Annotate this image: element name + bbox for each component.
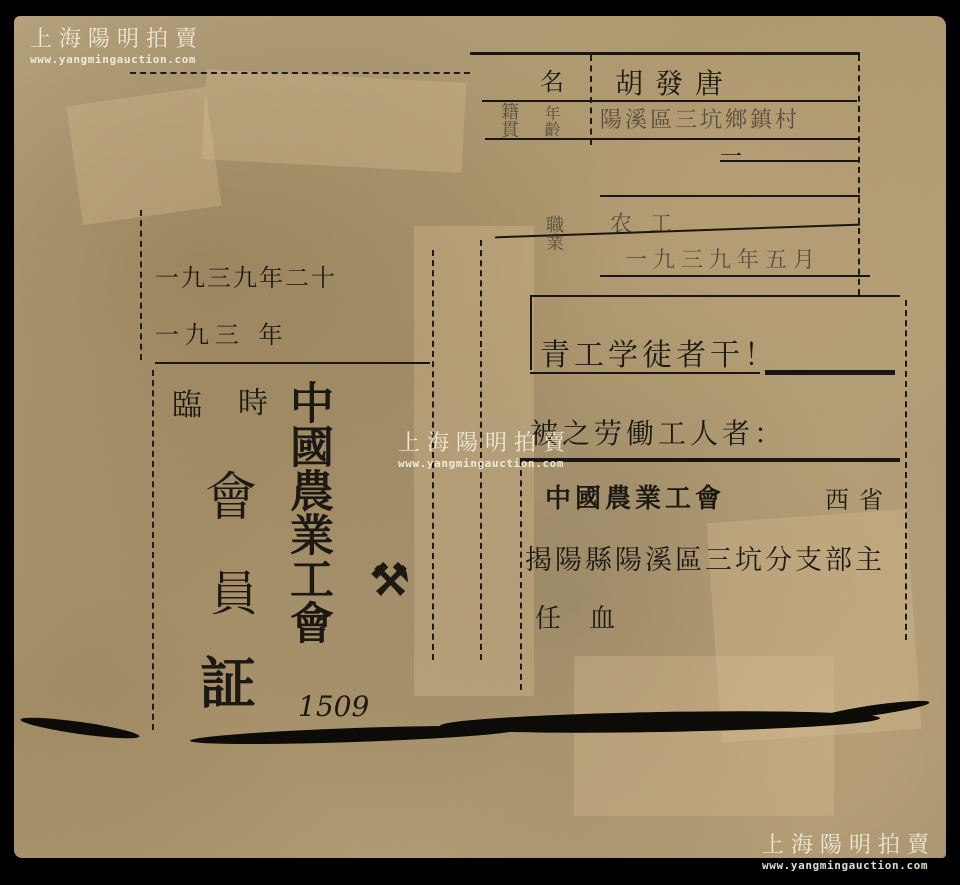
frame-line-top-right [470,52,860,55]
issuer-branch: 揭陽縣陽溪區三坑分支部主 [525,538,885,577]
title-char-shi: 時 [238,378,268,422]
watermark-center: 上海陽明拍賣 www.yangmingauction.com [398,426,572,470]
watermark-text: 上海陽明拍賣 [30,22,204,53]
frame-line-top-left [130,72,470,74]
issue-date-line-2: 一九三 年 [155,315,289,350]
member-native-place: 陽溪區三坑鄉鎮村 [600,103,800,134]
serial-number: 1509 [298,690,369,723]
title-char-zheng: 証 [200,640,256,720]
table-col-line [590,55,592,145]
member-age: 一 [720,140,742,171]
tape-patch [202,69,466,172]
slogan-box-top [530,295,900,297]
watermark-text: 上海陽明拍賣 [762,828,936,859]
org-name-vertical: 中國農業工會 [285,380,329,644]
watermark-url: www.yangmingauction.com [762,859,936,872]
issuer-box-top [520,458,900,462]
issuer-org: 中國農業工會 [545,478,725,515]
title-char-lin: 臨 [172,380,202,424]
table-row-line [485,138,860,140]
frame-line-right-lower [905,300,907,640]
tape-patch [574,656,834,816]
issue-date-line-1: 一九三九年二十 [155,258,337,293]
issuer-signature: 任 血 [535,598,625,635]
member-name: 胡發唐 [615,62,735,102]
table-row-line [600,275,870,277]
frame-line-left [140,210,142,360]
label-name: 名 [540,62,564,97]
watermark-url: www.yangmingauction.com [398,457,572,470]
member-occupation: 农工 [610,207,690,238]
frame-line-left-lower [152,370,154,730]
anchor-symbol-icon: ⚒ [370,555,409,606]
slogan-box-left [530,295,532,370]
issuer-province: 西省 [825,480,893,515]
watermark-top-left: 上海陽明拍賣 www.yangmingauction.com [30,22,204,66]
title-char-hui: 會 [205,455,257,530]
slogan-box-bottom-thick [765,370,895,375]
label-native-place: 籍貫 [495,102,521,138]
frame-line-right [858,55,860,295]
join-date: 一九三九年五月 [625,243,821,274]
tape-patch [66,87,221,225]
watermark-bottom-right: 上海陽明拍賣 www.yangmingauction.com [762,828,936,872]
left-panel-divider [155,362,430,364]
label-age: 年齡 [540,105,563,137]
watermark-text: 上海陽明拍賣 [398,426,572,457]
slogan-line-1: 青工学徒者干！ [540,330,778,374]
watermark-url: www.yangmingauction.com [30,53,204,66]
table-row-line [600,195,860,197]
title-char-yuan: 員 [210,555,258,624]
divider-line [520,460,522,690]
label-occupation: 職業 [540,215,566,251]
